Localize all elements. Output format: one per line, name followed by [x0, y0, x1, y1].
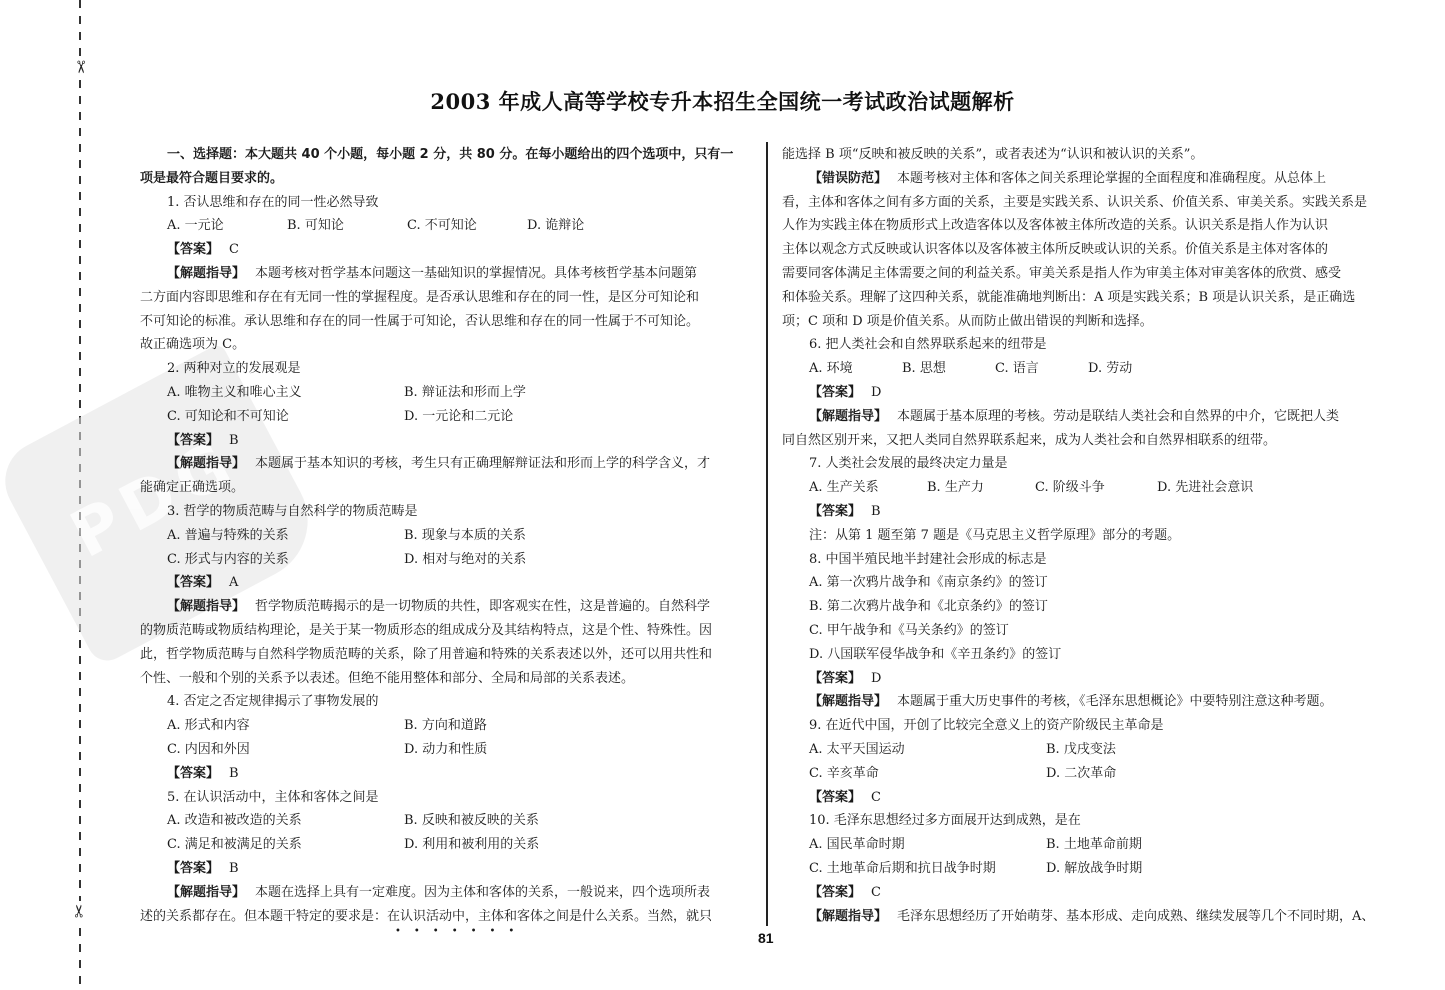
- guide-3-line: 的物质范畴或物质结构理论，是关于某一物质形态的组成成分及其结构特点，这是个性、特…: [140, 619, 755, 643]
- option-c: C. 满足和被满足的关系: [167, 833, 404, 857]
- option-a: A. 唯物主义和唯心主义: [167, 381, 404, 405]
- page-title: 2003 年成人高等学校专升本招生全国统一考试政治试题解析: [0, 86, 1445, 116]
- question-7-options: A. 生产关系 B. 生产力 C. 阶级斗争 D. 先进社会意识: [782, 476, 1397, 500]
- answer-value: B: [229, 433, 239, 448]
- question-9: 9. 在近代中国，开创了比较完全意义上的资产阶级民主革命是: [782, 714, 1397, 738]
- answer-value: C: [871, 885, 881, 900]
- column-divider: [766, 142, 768, 926]
- answer-label: 【答案】: [809, 385, 861, 400]
- question-4-options: C. 内因和外因 D. 动力和性质: [140, 738, 755, 762]
- answer-2: 【答案】B: [140, 429, 755, 453]
- option-a: A. 形式和内容: [167, 714, 404, 738]
- answer-3: 【答案】A: [140, 571, 755, 595]
- option-b: B. 土地革命前期: [1046, 833, 1142, 857]
- option-a: A. 环境: [809, 357, 902, 381]
- guide-10-line: 【解题指导】毛泽东思想经历了开始萌芽、基本形成、走向成熟、继续发展等几个不同时期…: [782, 905, 1397, 929]
- answer-label: 【答案】: [167, 861, 219, 876]
- question-2-options: C. 可知论和不可知论 D. 一元论和二元论: [140, 405, 755, 429]
- option-b: B. 可知论: [287, 214, 407, 238]
- option-a: A. 生产关系: [809, 476, 927, 500]
- option-c: C. 阶级斗争: [1035, 476, 1157, 500]
- option-a: A. 国民革命时期: [809, 833, 1046, 857]
- guide-6-line: 同自然区别开来，又把人类同自然界联系起来，成为人类社会和自然界相联系的纽带。: [782, 429, 1397, 453]
- answer-4: 【答案】B: [140, 762, 755, 786]
- option-a: A. 普遍与特殊的关系: [167, 524, 404, 548]
- option-c: C. 形式与内容的关系: [167, 548, 404, 572]
- guide-label: 【解题指导】: [809, 694, 887, 709]
- answer-value: D: [871, 385, 881, 400]
- answer-value: B: [871, 504, 881, 519]
- question-1: 1. 否认思维和存在的同一性必然导致: [140, 191, 755, 215]
- error-guard-line: 人作为实践主体在物质形式上改造客体以及客体被主体所改造的关系。认识关系是指人作为…: [782, 214, 1397, 238]
- option-d: D. 先进社会意识: [1157, 476, 1297, 500]
- guide-1-line: 故正确选项为 C。: [140, 333, 755, 357]
- answer-value: B: [229, 766, 239, 781]
- question-9-options: A. 太平天国运动 B. 戊戌变法: [782, 738, 1397, 762]
- guide-3-line: 此，哲学物质范畴与自然科学物质范畴的关系，除了用普遍和特殊的关系表述以外，还可以…: [140, 643, 755, 667]
- answer-label: 【答案】: [167, 575, 219, 590]
- error-guard-line: 项；C 项和 D 项是价值关系。从而防止做出错误的判断和选择。: [782, 310, 1397, 334]
- option-c: C. 辛亥革命: [809, 762, 1046, 786]
- option-d: D. 解放战争时期: [1046, 857, 1142, 881]
- answer-value: C: [229, 242, 239, 257]
- question-6: 6. 把人类社会和自然界联系起来的纽带是: [782, 333, 1397, 357]
- page-number: 81: [758, 930, 774, 946]
- guide-8-line: 【解题指导】本题属于重大历史事件的考核，《毛泽东思想概论》中要特别注意这种考题。: [782, 690, 1397, 714]
- left-column: 一、选择题：本大题共 40 个小题，每小题 2 分，共 80 分。在每小题给出的…: [140, 143, 755, 936]
- option-b: B. 戊戌变法: [1046, 738, 1116, 762]
- question-3: 3. 哲学的物质范畴与自然科学的物质范畴是: [140, 500, 755, 524]
- option-d: D. 利用和被利用的关系: [404, 833, 539, 857]
- error-guard-line: 【错误防范】本题考核对主体和客体之间关系理论掌握的全面程度和准确程度。从总体上: [782, 167, 1397, 191]
- q5-continued: 能选择 B 项“反映和被反映的关系”，或者表述为“认识和被认识的关系”。: [782, 143, 1397, 167]
- guide-5-line: 【解题指导】本题在选择上具有一定难度。因为主体和客体的关系，一般说来，四个选项所…: [140, 881, 755, 905]
- option-d: D. 相对与绝对的关系: [404, 548, 526, 572]
- note: 注：从第 1 题至第 7 题是《马克思主义哲学原理》部分的考题。: [782, 524, 1397, 548]
- answer-value: D: [871, 671, 881, 686]
- guide-6-line: 【解题指导】本题属于基本原理的考核。劳动是联结人类社会和自然界的中介，它既把人类: [782, 405, 1397, 429]
- question-6-options: A. 环境 B. 思想 C. 语言 D. 劳动: [782, 357, 1397, 381]
- guide-3-line: 个性、一般和个别的关系予以表述。但绝不能用整体和部分、全局和局部的关系表述。: [140, 667, 755, 691]
- question-2-options: A. 唯物主义和唯心主义 B. 辩证法和形而上学: [140, 381, 755, 405]
- guide-label: 【解题指导】: [167, 599, 245, 614]
- guide-label: 【解题指导】: [167, 456, 245, 471]
- guide-2-line: 能确定正确选项。: [140, 476, 755, 500]
- option-d: D. 动力和性质: [404, 738, 487, 762]
- guide-1-line: 二方面内容即思维和存在有无同一性的掌握程度。是否承认思维和存在的同一性，是区分可…: [140, 286, 755, 310]
- answer-9: 【答案】C: [782, 786, 1397, 810]
- question-3-options: C. 形式与内容的关系 D. 相对与绝对的关系: [140, 548, 755, 572]
- scissors-icon: ✂: [69, 901, 91, 921]
- option-a: A. 一元论: [167, 214, 287, 238]
- error-guard-line: 主体以观念方式反映或认识客体以及客体被主体所反映或认识的关系。价值关系是主体对客…: [782, 238, 1397, 262]
- error-guard-line: 看，主体和客体之间有多方面的关系，主要是实践关系、认识关系、价值关系、审美关系。…: [782, 191, 1397, 215]
- guide-1-line: 不可知论的标准。承认思维和存在的同一性属于可知论，否认思维和存在的同一性属于不可…: [140, 310, 755, 334]
- guide-2-line: 【解题指导】本题属于基本知识的考核，考生只有正确理解辩证法和形而上学的科学含义，…: [140, 452, 755, 476]
- option-c: C. 土地革命后期和抗日战争时期: [809, 857, 1046, 881]
- answer-label: 【答案】: [809, 671, 861, 686]
- question-3-options: A. 普遍与特殊的关系 B. 现象与本质的关系: [140, 524, 755, 548]
- guide-label: 【解题指导】: [809, 909, 887, 924]
- option-d: D. 二次革命: [1046, 762, 1116, 786]
- guide-5-line: 述的关系都存在。但本题干特定的要求是：在认识活动中，主体和客体之间是什么关系。当…: [140, 905, 755, 929]
- option-b: B. 反映和被反映的关系: [404, 809, 539, 833]
- question-8: 8. 中国半殖民地半封建社会形成的标志是: [782, 548, 1397, 572]
- question-4-options: A. 形式和内容 B. 方向和道路: [140, 714, 755, 738]
- answer-label: 【答案】: [167, 242, 219, 257]
- answer-5: 【答案】B: [140, 857, 755, 881]
- option-d: D. 诡辩论: [527, 214, 647, 238]
- emphasis-dots: •••••••: [140, 928, 755, 936]
- answer-1: 【答案】C: [140, 238, 755, 262]
- question-5-options: C. 满足和被满足的关系 D. 利用和被利用的关系: [140, 833, 755, 857]
- error-guard-label: 【错误防范】: [809, 171, 887, 186]
- answer-6: 【答案】D: [782, 381, 1397, 405]
- option-b: B. 思想: [902, 357, 995, 381]
- question-1-options: A. 一元论 B. 可知论 C. 不可知论 D. 诡辩论: [140, 214, 755, 238]
- guide-label: 【解题指导】: [167, 885, 245, 900]
- answer-value: C: [871, 790, 881, 805]
- section-intro-cont: 项是最符合题目要求的。: [140, 167, 755, 191]
- right-column: 能选择 B 项“反映和被反映的关系”，或者表述为“认识和被认识的关系”。 【错误…: [782, 143, 1397, 928]
- question-10: 10. 毛泽东思想经过多方面展开达到成熟，是在: [782, 809, 1397, 833]
- error-guard-line: 和体验关系。理解了这四种关系，就能准确地判断出：A 项是实践关系；B 项是认识关…: [782, 286, 1397, 310]
- option-b: B. 方向和道路: [404, 714, 487, 738]
- question-2: 2. 两种对立的发展观是: [140, 357, 755, 381]
- answer-value: A: [229, 575, 238, 590]
- error-guard-line: 需要同客体满足主体需要之间的利益关系。审美关系是指人作为审美主体对审美客体的欣赏…: [782, 262, 1397, 286]
- answer-7: 【答案】B: [782, 500, 1397, 524]
- question-4: 4. 否定之否定规律揭示了事物发展的: [140, 690, 755, 714]
- guide-3-line: 【解题指导】哲学物质范畴揭示的是一切物质的共性，即客观实在性，这是普遍的。自然科…: [140, 595, 755, 619]
- guide-label: 【解题指导】: [809, 409, 887, 424]
- question-10-options: A. 国民革命时期 B. 土地革命前期: [782, 833, 1397, 857]
- option-b: B. 第二次鸦片战争和《北京条约》的签订: [782, 595, 1397, 619]
- answer-label: 【答案】: [809, 504, 861, 519]
- option-c: C. 甲午战争和《马关条约》的签订: [782, 619, 1397, 643]
- option-a: A. 太平天国运动: [809, 738, 1046, 762]
- answer-label: 【答案】: [809, 885, 861, 900]
- option-d: D. 一元论和二元论: [404, 405, 513, 429]
- option-c: C. 可知论和不可知论: [167, 405, 404, 429]
- section-intro: 一、选择题：本大题共 40 个小题，每小题 2 分，共 80 分。在每小题给出的…: [140, 143, 755, 167]
- answer-label: 【答案】: [167, 433, 219, 448]
- option-c: C. 不可知论: [407, 214, 527, 238]
- option-b: B. 生产力: [927, 476, 1035, 500]
- option-c: C. 内因和外因: [167, 738, 404, 762]
- option-a: A. 改造和被改造的关系: [167, 809, 404, 833]
- option-d: D. 劳动: [1088, 357, 1181, 381]
- option-b: B. 现象与本质的关系: [404, 524, 526, 548]
- question-5: 5. 在认识活动中，主体和客体之间是: [140, 786, 755, 810]
- question-5-options: A. 改造和被改造的关系 B. 反映和被反映的关系: [140, 809, 755, 833]
- answer-value: B: [229, 861, 239, 876]
- option-a: A. 第一次鸦片战争和《南京条约》的签订: [782, 571, 1397, 595]
- option-d: D. 八国联军侵华战争和《辛丑条约》的签订: [782, 643, 1397, 667]
- answer-label: 【答案】: [167, 766, 219, 781]
- question-7: 7. 人类社会发展的最终决定力量是: [782, 452, 1397, 476]
- question-10-options: C. 土地革命后期和抗日战争时期 D. 解放战争时期: [782, 857, 1397, 881]
- answer-10: 【答案】C: [782, 881, 1397, 905]
- guide-label: 【解题指导】: [167, 266, 245, 281]
- scissors-icon: ✂: [69, 57, 91, 77]
- question-9-options: C. 辛亥革命 D. 二次革命: [782, 762, 1397, 786]
- guide-1-line: 【解题指导】本题考核对哲学基本问题这一基础知识的掌握情况。具体考核哲学基本问题第: [140, 262, 755, 286]
- option-c: C. 语言: [995, 357, 1088, 381]
- option-b: B. 辩证法和形而上学: [404, 381, 526, 405]
- answer-label: 【答案】: [809, 790, 861, 805]
- answer-8: 【答案】D: [782, 667, 1397, 691]
